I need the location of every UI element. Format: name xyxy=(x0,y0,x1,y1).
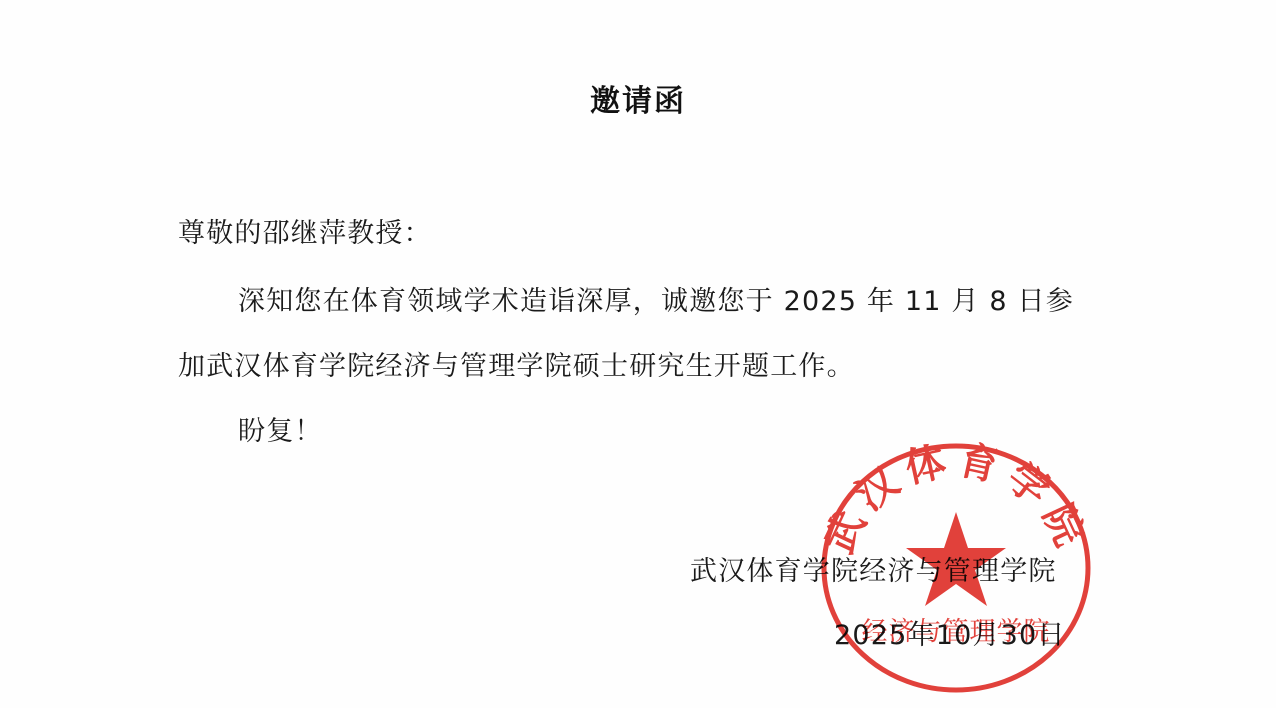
sender-organization: 武汉体育学院经济与管理学院 xyxy=(690,549,1057,588)
signature-date: 2025年10月30日 xyxy=(834,613,1066,652)
svg-text:武汉体育学院: 武汉体育学院 xyxy=(818,440,1094,560)
seal-outer-text: 武汉体育学院 xyxy=(818,440,1094,560)
closing-remark: 盼复！ xyxy=(238,409,323,448)
body-paragraph-line-1: 深知您在体育领域学术造诣深厚，诚邀您于 2025 年 11 月 8 日参 xyxy=(238,279,1074,318)
salutation: 尊敬的邵继萍教授： xyxy=(178,211,432,250)
body-paragraph-line-2: 加武汉体育学院经济与管理学院硕士研究生开题工作。 xyxy=(178,344,855,383)
document-title: 邀请函 xyxy=(0,76,1276,120)
invitation-letter: 邀请函 尊敬的邵继萍教授： 深知您在体育领域学术造诣深厚，诚邀您于 2025 年… xyxy=(0,0,1276,708)
